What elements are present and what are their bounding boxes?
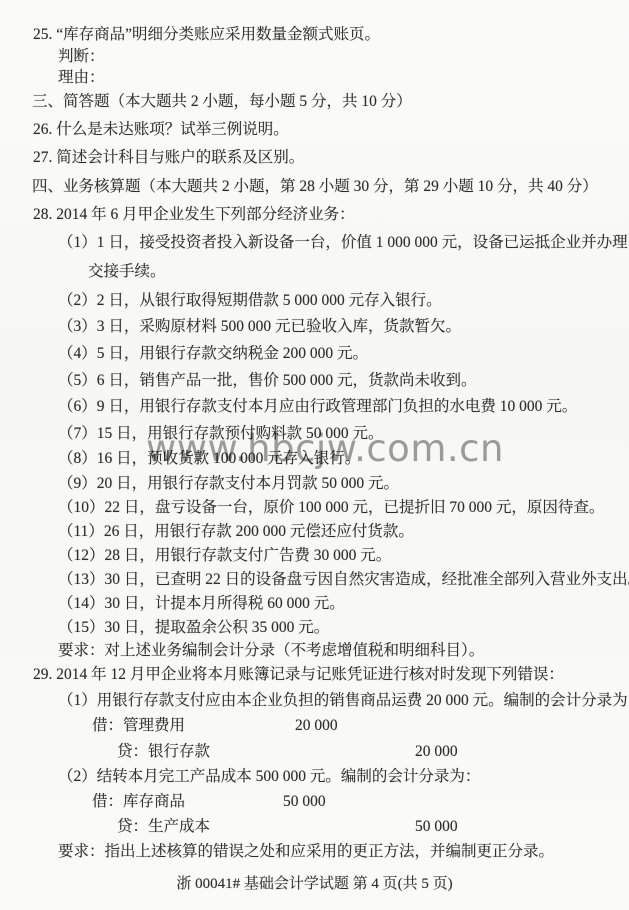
q29-sub1-credit-label: 贷：银行存款 bbox=[117, 743, 210, 760]
q25-judge-label: 判断： bbox=[58, 48, 105, 65]
question-26: 26. 什么是未达账项？试举三例说明。 bbox=[33, 121, 289, 138]
q29-sub2-credit-label: 贷：生产成本 bbox=[117, 818, 210, 835]
q28-item-5: （5）6 日，销售产品一批，售价 500 000 元，货款尚未收到。 bbox=[58, 372, 477, 389]
exam-paper-page: www.hbcjw.com.cn 25. “库存商品”明细分类账应采用数量金额式… bbox=[0, 0, 629, 910]
site-watermark: www.hbcjw.com.cn bbox=[146, 427, 504, 470]
section-4-header: 四、业务核算题（本大题共 2 小题，第 28 小题 30 分，第 29 小题 1… bbox=[32, 178, 598, 195]
q28-item-9: （9）20 日，用银行存款支付本月罚款 50 000 元。 bbox=[58, 475, 399, 492]
q29-sub1-debit-label: 借：管理费用 bbox=[92, 717, 185, 734]
q29-sub2-debit-amount: 50 000 bbox=[283, 793, 326, 810]
section-3-header: 三、简答题（本大题共 2 小题，每小题 5 分，共 10 分） bbox=[32, 93, 412, 110]
q29-sub1-credit-amount: 20 000 bbox=[415, 743, 458, 760]
q28-requirement: 要求：对上述业务编制会计分录（不考虑增值税和明细科目）。 bbox=[58, 642, 484, 659]
q28-item-12: （12）28 日，用银行存款支付广告费 30 000 元。 bbox=[58, 547, 391, 564]
q28-item-10: （10）22 日，盘亏设备一台，原价 100 000 元，已提折旧 70 000… bbox=[58, 499, 604, 516]
q28-item-6: （6）9 日，用银行存款支付本月应由行政管理部门负担的水电费 10 000 元。 bbox=[58, 398, 577, 415]
q29-sub2-debit-label: 借：库存商品 bbox=[92, 793, 185, 810]
q28-item-1: （1）1 日，接受投资者投入新设备一台，价值 1 000 000 元，设备已运抵… bbox=[58, 234, 628, 251]
q29-requirement: 要求：指出上述核算的错误之处和应采用的更正方法，并编制更正分录。 bbox=[58, 843, 554, 860]
q28-item-2: （2）2 日，从银行取得短期借款 5 000 000 元存入银行。 bbox=[58, 292, 442, 309]
q28-item-11: （11）26 日，用银行存款 200 000 元偿还应付货款。 bbox=[58, 523, 414, 540]
page-footer: 浙 00041# 基础会计学试题 第 4 页(共 5 页) bbox=[0, 876, 629, 893]
q28-item-15: （15）30 日，提取盈余公积 35 000 元。 bbox=[58, 619, 329, 636]
q28-item-13: （13）30 日，已查明 22 日的设备盘亏因自然灾害造成，经批准全部列入营业外… bbox=[58, 571, 629, 588]
q29-sub2-credit-amount: 50 000 bbox=[415, 818, 458, 835]
question-25: 25. “库存商品”明细分类账应采用数量金额式账页。 bbox=[33, 26, 380, 43]
q28-item-4: （4）5 日，用银行存款交纳税金 200 000 元。 bbox=[58, 345, 368, 362]
q29-sub1-text: （1）用银行存款支付应由本企业负担的销售商品运费 20 000 元。编制的会计分… bbox=[58, 692, 629, 709]
q28-item-14: （14）30 日，计提本月所得税 60 000 元。 bbox=[58, 595, 345, 612]
q29-sub2-text: （2）结转本月完工产品成本 500 000 元。编制的会计分录为： bbox=[58, 768, 480, 785]
q29-sub1-debit-amount: 20 000 bbox=[295, 717, 338, 734]
question-27: 27. 简述会计科目与账户的联系及区别。 bbox=[33, 149, 304, 166]
question-28-intro: 28. 2014 年 6 月甲企业发生下列部分经济业务： bbox=[33, 206, 355, 223]
question-29-intro: 29. 2014 年 12 月甲企业将本月账簿记录与记账凭证进行核对时发现下列错… bbox=[33, 666, 564, 683]
q25-reason-label: 理由： bbox=[58, 69, 105, 86]
q28-item-3: （3）3 日，采购原材料 500 000 元已验收入库，货款暂欠。 bbox=[58, 318, 461, 335]
q28-item-1-cont: 交接手续。 bbox=[88, 263, 166, 280]
